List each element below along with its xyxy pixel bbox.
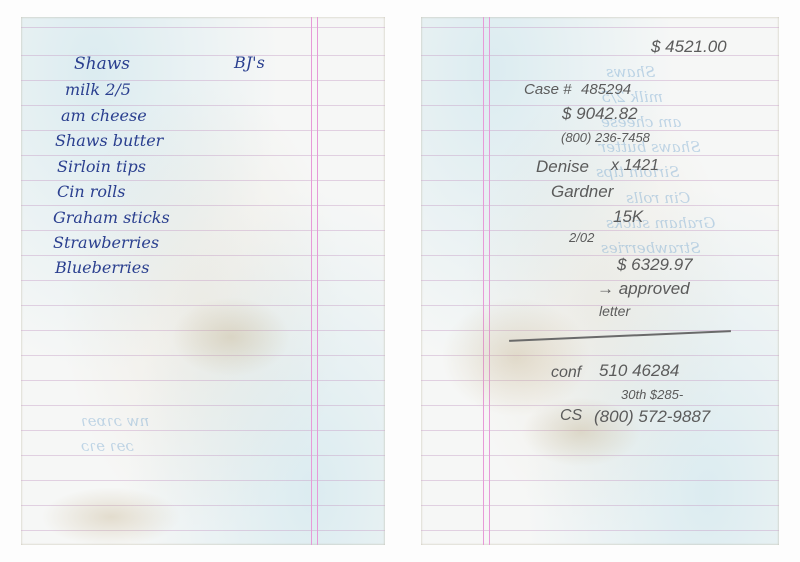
extension: x 1421 [611,157,659,175]
right-notebook-page: Shaws milk 2/5 am cheese Shaws butter Si… [421,17,779,545]
case-number: 485294 [581,81,631,98]
list-item: Cin rolls [57,182,125,201]
bleed-through-text: Shaws [606,63,655,81]
conf-label: conf [551,364,581,382]
paper-stain [41,487,181,545]
phone-1: (800) 236-7458 [561,130,650,145]
list-item: Shaws butter [55,131,163,150]
list-item: am cheese [61,106,147,125]
paper-stain [171,297,291,377]
list-title: Shaws [74,54,130,74]
bleed-through-text: Cin rolls [626,189,690,207]
amount-top: $ 4521.00 [651,37,727,57]
approved-note: → approved [597,279,690,299]
store-header: BJ's [234,53,265,72]
list-item: Sirloin tips [57,157,146,176]
due-note: 30th $285- [621,387,683,402]
letter-note: letter [599,303,630,319]
list-item: Blueberries [55,258,149,277]
list-item: Graham sticks [53,208,170,227]
list-item: Strawberries [53,233,159,252]
amount-2: $ 9042.82 [562,104,638,124]
amount-15k: 15K [613,207,643,227]
cs-label: CS [560,407,582,425]
bleed-through-text: nw ɔɿɒɘɿ [81,412,149,430]
cs-phone: (800) 572-9887 [594,407,710,427]
contact-first-name: Denise [536,157,589,177]
bleed-through-text: ɔɘɿ ɘɿɔ [81,437,134,455]
amount-3: $ 6329.97 [617,255,693,275]
conf-number: 510 46284 [599,361,679,381]
left-notebook-page: Shaws BJ's milk 2/5 am cheese Shaws butt… [21,17,385,545]
date-note: 2/02 [569,230,594,245]
margin-line [311,17,318,545]
case-label: Case # [524,81,572,98]
list-item: milk 2/5 [65,80,131,99]
margin-line [483,17,490,545]
contact-last-name: Gardner [551,182,613,202]
